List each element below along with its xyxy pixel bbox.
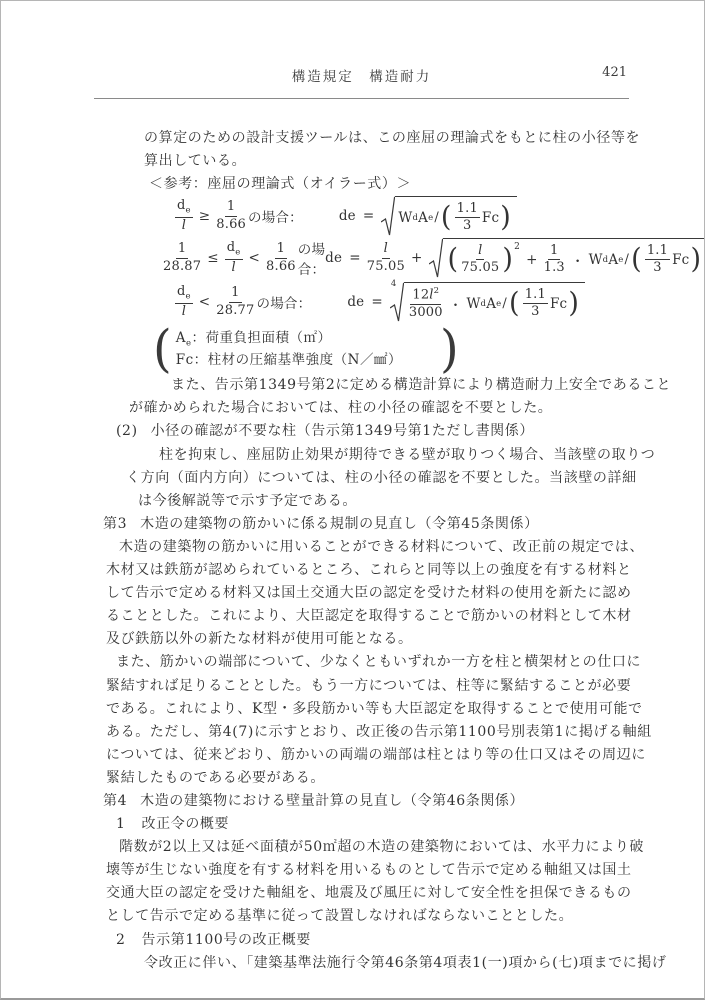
mtok: de — [347, 294, 364, 310]
plus-operator: + — [411, 250, 423, 266]
text-line: 階数が2以上又は延べ面積が50㎡超の木造の建築物においては、水平力により破 — [119, 836, 632, 859]
fraction: l 75.05 — [367, 242, 405, 274]
header-title: 構造規定 構造耐力 — [94, 65, 629, 85]
fraction: 1.13 — [645, 244, 670, 276]
mtok: 3 — [463, 218, 471, 233]
case-label: の場合： — [298, 238, 325, 278]
fraction: l75.05 — [461, 244, 499, 276]
mtok: W — [466, 296, 480, 312]
text-line: 及び鉄筋以外の新たな材料が使用可能となる。 — [106, 628, 632, 651]
text-line: が確かめられた場合においては、柱の小径の確認を不要とした。 — [129, 397, 632, 420]
section-number: 第4 — [103, 793, 127, 809]
equals: = — [349, 250, 361, 266]
mtok: 75.05 — [367, 259, 405, 274]
mtok: 1 — [548, 244, 560, 260]
mtok: de — [175, 199, 193, 218]
plus-operator: + — [526, 252, 538, 268]
sub-item-2-heading: 2告示第1100号の改正概要 — [116, 929, 632, 952]
fraction: de l — [225, 241, 243, 275]
sub-item-title: 告示第1100号の改正概要 — [142, 932, 311, 948]
note-line-Ae: Ae：荷重負担面積（㎡） — [176, 327, 402, 349]
mtok: 8.66 — [266, 259, 296, 274]
mtok: de — [175, 285, 193, 304]
mtok: 1.1 — [455, 202, 480, 218]
radical-sign-icon — [381, 196, 395, 236]
text-line: く方向（面内方向）については、柱の小径の確認を不要とした。当該壁の詳細 — [126, 467, 632, 490]
mtok: / — [502, 296, 507, 311]
mtok: W — [398, 210, 412, 226]
mtok: 8.66 — [216, 217, 246, 232]
fraction: 1.13 — [455, 202, 480, 234]
text-line: 緊結したものである必要がある。 — [106, 767, 632, 790]
text-line: 緊結すれば足りることとした。もう一方については、柱等に緊結することが必要 — [106, 675, 632, 698]
mtok: A — [608, 252, 618, 268]
mtok: 28.77 — [216, 303, 254, 318]
mtok: 75.05 — [461, 260, 499, 275]
fraction: 1 28.87 — [163, 242, 201, 274]
geq-operator: ≥ — [199, 208, 211, 224]
euler-reference-heading: ＜参考：座屈の理論式（オイラー式）＞ — [149, 173, 632, 196]
scanned-document-page: { "colors": { "ink": "#333333", "rule": … — [0, 0, 705, 1000]
fraction: de l — [175, 285, 193, 319]
mtok: 1 — [176, 242, 188, 258]
page-body: の算定のための設計支援ツールは、この座屈の理論式をもとに柱の小径等を 算出してい… — [1, 99, 704, 975]
mtok: / — [434, 210, 439, 225]
mtok: 1 — [225, 200, 237, 216]
mtok: l — [476, 244, 484, 260]
page-header: 構造規定 構造耐力 421 — [94, 61, 629, 87]
mtok: de — [225, 241, 243, 260]
mtok: 1.1 — [523, 288, 548, 304]
text-line: は今後解説等で示す予定である。 — [138, 490, 632, 513]
radical: (l75.05)2 + 1 1.3 ・ WdAe/(1.13Fc) — [429, 238, 705, 278]
load-term: WdAe/(1.13Fc) — [466, 288, 580, 320]
mtok: 3 — [531, 304, 539, 319]
section-title: 木造の建築物の筋かいに係る規制の見直し（令第45条関係） — [140, 516, 539, 532]
mtok: e — [496, 299, 501, 309]
euler-formula-row-3: de l < 1 28.77 の場合： de = 4 12l2 3000 ・ W — [173, 280, 632, 324]
section-number: 第3 — [103, 516, 127, 532]
mtok: l — [182, 218, 186, 233]
mtok: 3000 — [409, 305, 443, 320]
squared-term: (l75.05)2 — [446, 244, 522, 276]
fraction: 1 8.66 — [216, 200, 246, 232]
section-4-heading: 第4木造の建築物における壁量計算の見直し（令第46条関係） — [103, 790, 632, 813]
item-2-heading: (2)小径の確認が不要な柱（告示第1349号第1ただし書関係） — [116, 420, 632, 443]
radical: WdAe/(1.13Fc) — [381, 196, 517, 236]
case-label: の場合： — [248, 206, 303, 226]
text-line: の算定のための設計支援ツールは、この座屈の理論式をもとに柱の小径等を — [144, 127, 632, 150]
mtok: / — [625, 252, 630, 267]
fraction: 1.13 — [523, 288, 548, 320]
text-line: 壊等が生じない強度を有する材料を用いるものとして告示で定める軸組又は国土 — [106, 859, 632, 882]
sub-item-1-heading: 1改正令の概要 — [116, 813, 632, 836]
equals: = — [363, 208, 375, 224]
text-line: 柱を拘束し、座屈防止効果が期待できる壁が取りつく場合、当該壁の取りつ — [159, 444, 632, 467]
text-line: ある。ただし、第4(7)に示すとおり、改正後の告示第1100号別表第1に掲げる軸… — [106, 721, 632, 744]
mtok: 1 — [275, 242, 287, 258]
mtok: l — [231, 260, 235, 275]
section-3-heading: 第3木造の建築物の筋かいに係る規制の見直し（令第45条関係） — [103, 513, 632, 536]
load-term: WdAe/(1.13Fc) — [589, 244, 703, 276]
euler-formula-row-2: 1 28.87 ≤ de l < 1 8.66 の場合： de = l 75.0… — [161, 236, 632, 280]
root-index: 4 — [391, 279, 397, 289]
note-lines: Ae：荷重負担面積（㎡） Fc：柱材の圧縮基準強度（N／㎟） — [176, 327, 402, 371]
mtok: de — [325, 250, 342, 266]
cdot-operator: ・ — [449, 294, 463, 314]
leq-operator: ≤ — [207, 250, 219, 266]
euler-formula-row-1: de l ≥ 1 8.66 の場合： de = WdAe/(1.13Fc) — [173, 196, 632, 236]
mtok: 1.1 — [645, 244, 670, 260]
text-line: 令改正に伴い、「建築基準法施行令第46条第4項表1(一)項から(七)項までに掲げ — [144, 952, 632, 975]
text-line: 木材又は鉄筋が認められているところ、これらと同等以上の強度を有する材料と — [106, 559, 632, 582]
mtok: l — [382, 242, 390, 258]
text-line: して告示で定める材料又は国土交通大臣の認定を受けた材料の使用を新たに認め — [106, 582, 632, 605]
mtok: Fc — [672, 252, 689, 268]
fraction: 1 8.66 — [266, 242, 296, 274]
item-title: 小径の確認が不要な柱（告示第1349号第1ただし書関係） — [151, 423, 534, 439]
fraction: 1 1.3 — [544, 244, 565, 276]
mtok: e — [618, 255, 623, 265]
equals: = — [371, 294, 383, 310]
text-line: 交通大臣の認定を受けた軸組を、地震及び風圧に対して安全性を担保できるもの — [106, 882, 632, 905]
text-line: である。これにより、K型・多段筋かい等も大臣認定を取得することで使用可能で — [106, 698, 632, 721]
fraction: 1 28.77 — [216, 286, 254, 318]
exponent: 2 — [514, 242, 520, 252]
radicand: WdAe/(1.13Fc) — [395, 196, 517, 236]
sub-item-number: 1 — [116, 816, 126, 832]
load-term: WdAe/(1.13Fc) — [398, 202, 512, 234]
mtok: A — [486, 296, 496, 312]
lt-operator: < — [249, 250, 261, 266]
mtok: W — [589, 252, 603, 268]
mtok: A — [418, 210, 428, 226]
lt-operator: < — [199, 294, 211, 310]
variable-definition-note: ( Ae：荷重負担面積（㎡） Fc：柱材の圧縮基準強度（N／㎟） ) — [153, 324, 632, 374]
mtok: e — [428, 213, 433, 223]
mtok: de — [339, 208, 356, 224]
fraction: de l — [175, 199, 193, 233]
text-line: 算出している。 — [144, 150, 632, 173]
mtok: l — [182, 304, 186, 319]
section-title: 木造の建築物における壁量計算の見直し（令第46条関係） — [140, 793, 524, 809]
radicand: (l75.05)2 + 1 1.3 ・ WdAe/(1.13Fc) — [443, 238, 705, 278]
text-line: また、告示第1349号第2に定める構造計算により構造耐力上安全であること — [171, 374, 632, 397]
item-number: (2) — [116, 423, 138, 439]
radicand: 12l2 3000 ・ WdAe/(1.13Fc) — [404, 282, 585, 322]
sub-item-number: 2 — [116, 932, 126, 948]
mtok: 1 — [229, 286, 241, 302]
mtok: 28.87 — [163, 259, 201, 274]
mtok: 12l2 — [410, 287, 441, 305]
sub-item-title: 改正令の概要 — [142, 816, 230, 832]
fourth-root-radical: 4 12l2 3000 ・ WdAe/(1.13Fc) — [390, 282, 585, 322]
text-line: 木造の建築物の筋かいに用いることができる材料について、改正前の規定では、 — [119, 536, 632, 559]
page-number: 421 — [602, 65, 627, 80]
mtok: Fc — [482, 210, 499, 226]
case-label: の場合： — [257, 292, 312, 312]
mtok: 1.3 — [544, 260, 565, 275]
mtok: 3 — [653, 260, 661, 275]
fraction: 12l2 3000 — [409, 287, 443, 320]
text-line: ることとした。これにより、大臣認定を取得することで筋かいの材料として木材 — [106, 605, 632, 628]
cdot-operator: ・ — [571, 250, 585, 270]
radical-sign-icon — [429, 238, 443, 278]
text-line: として告示で定める基準に従って設置しなければならないこととした。 — [106, 905, 632, 928]
mtok: Fc — [550, 296, 567, 312]
text-line: また、筋かいの端部について、少なくともいずれか一方を柱と横架材との仕口に — [116, 651, 632, 674]
note-line-Fc: Fc：柱材の圧縮基準強度（N／㎟） — [176, 349, 402, 371]
text-line: については、従来どおり、筋かいの両端の端部は柱とはり等の仕口又はその周辺に — [106, 744, 632, 767]
